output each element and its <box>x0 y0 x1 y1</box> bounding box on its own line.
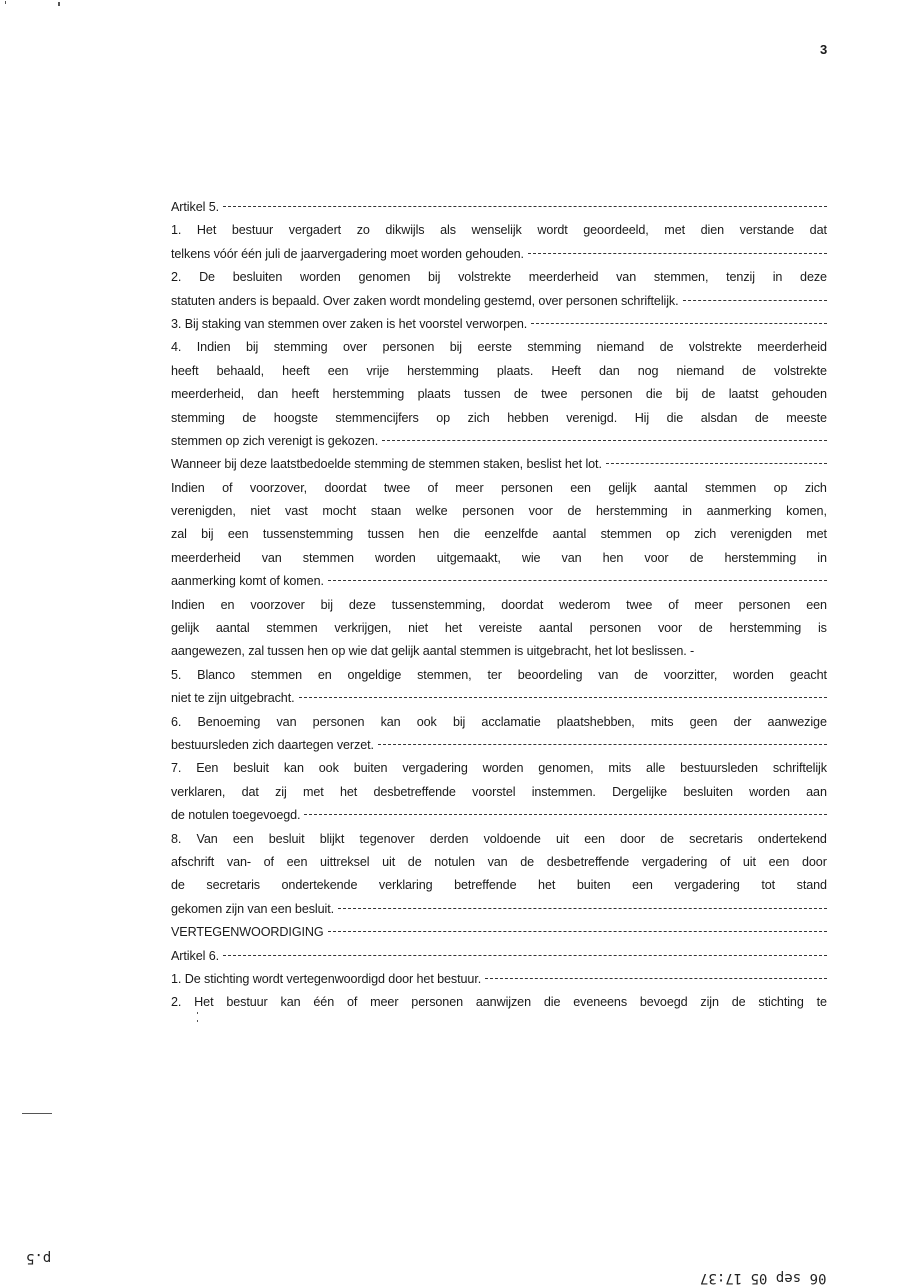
scan-speck <box>197 1020 198 1022</box>
document-line: 1. De stichting wordt vertegenwoordigd d… <box>171 968 827 991</box>
document-line: 2.Hetbestuurkanéénofmeerpersonenaanwijze… <box>171 991 827 1014</box>
document-line: verenigden,nietvastmochtstaanwelkeperson… <box>171 500 827 523</box>
document-line: stemmingdehoogstestemmencijfersopzichheb… <box>171 407 827 430</box>
line-text: gekomen zijn van een besluit. <box>171 898 334 921</box>
document-line: stemmen op zich verenigt is gekozen. <box>171 430 827 453</box>
document-line: 8.Vaneenbesluitblijkttegenoverderdenvold… <box>171 828 827 851</box>
line-text: aangewezen, zal tussen hen op wie dat ge… <box>171 640 694 663</box>
document-line: bestuursleden zich daartegen verzet. <box>171 734 827 757</box>
document-line: desecretarisondertekendeverklaringbetref… <box>171 874 827 897</box>
document-line: heeftbehaald,heefteenvrijeherstemmingpla… <box>171 360 827 383</box>
document-line: meerderheid,danheeftherstemmingplaatstus… <box>171 383 827 406</box>
fill-dash-line <box>485 978 827 979</box>
document-line: statuten anders is bepaald. Over zaken w… <box>171 290 827 313</box>
fill-dash-line <box>606 463 827 464</box>
fax-timestamp: 06 sep 05 17:37 <box>700 1270 826 1286</box>
document-line: meerderheidvanstemmenwordenuitgemaakt,wi… <box>171 547 827 570</box>
document-body: Artikel 5.1.Hetbestuurvergadertzodikwijl… <box>171 196 827 1015</box>
line-text: 3. Bij staking van stemmen over zaken is… <box>171 313 527 336</box>
document-line: de notulen toegevoegd. <box>171 804 827 827</box>
document-line: aangewezen, zal tussen hen op wie dat ge… <box>171 640 827 663</box>
document-line: zalbijeentussenstemmingtussenhendieeenze… <box>171 523 827 546</box>
line-text: Artikel 5. <box>171 196 219 219</box>
fill-dash-line <box>304 814 827 815</box>
document-line: Artikel 5. <box>171 196 827 219</box>
document-line: gelijkaantalstemmenverkrijgen,niethetver… <box>171 617 827 640</box>
fill-dash-line <box>223 206 827 207</box>
document-line: 3. Bij staking van stemmen over zaken is… <box>171 313 827 336</box>
document-line: telkens vóór één juli de jaarvergadering… <box>171 243 827 266</box>
scan-speck <box>58 2 60 6</box>
document-line: 1.Hetbestuurvergadertzodikwijlsalswensel… <box>171 219 827 242</box>
line-text: statuten anders is bepaald. Over zaken w… <box>171 290 679 313</box>
document-line: gekomen zijn van een besluit. <box>171 898 827 921</box>
line-text: telkens vóór één juli de jaarvergadering… <box>171 243 524 266</box>
document-line: 2.Debesluitenwordengenomenbijvolstrektem… <box>171 266 827 289</box>
fill-dash-line <box>338 908 827 909</box>
fill-dash-line <box>531 323 827 324</box>
line-text: Artikel 6. <box>171 945 219 968</box>
line-text: niet te zijn uitgebracht. <box>171 687 295 710</box>
page-number: 3 <box>820 42 827 57</box>
fill-dash-line <box>223 955 827 956</box>
document-line: Indienofvoorzover,doordattweeofmeerperso… <box>171 477 827 500</box>
document-line: VERTEGENWOORDIGING <box>171 921 827 944</box>
fill-dash-line <box>382 440 827 441</box>
fill-dash-line <box>328 931 827 932</box>
line-text: VERTEGENWOORDIGING <box>171 921 324 944</box>
fill-dash-line <box>378 744 827 745</box>
line-text: stemmen op zich verenigt is gekozen. <box>171 430 378 453</box>
fill-dash-line <box>328 580 827 581</box>
line-text: de notulen toegevoegd. <box>171 804 300 827</box>
document-line: Indienenvoorzoverbijdezetussenstemming,d… <box>171 594 827 617</box>
fill-dash-line <box>683 300 827 301</box>
fill-dash-line <box>299 697 827 698</box>
scan-speck <box>5 1 6 4</box>
document-line: aanmerking komt of komen. <box>171 570 827 593</box>
scan-speck <box>197 1012 198 1014</box>
document-line: afschriftvan-ofeenuittrekseluitdenotulen… <box>171 851 827 874</box>
document-line: 4.Indienbijstemmingoverpersonenbijeerste… <box>171 336 827 359</box>
document-line: 7.Eenbesluitkanookbuitenvergaderingworde… <box>171 757 827 780</box>
scan-speck <box>22 1113 52 1114</box>
fill-dash-line <box>528 253 827 254</box>
document-line: niet te zijn uitgebracht. <box>171 687 827 710</box>
document-line: verklaren,datzijmethetdesbetreffendevoor… <box>171 781 827 804</box>
document-line: 5.Blancostemmenenongeldigestemmen,terbeo… <box>171 664 827 687</box>
line-text: aanmerking komt of komen. <box>171 570 324 593</box>
document-line: Artikel 6. <box>171 945 827 968</box>
document-line: 6.Benoemingvanpersonenkanookbijacclamati… <box>171 711 827 734</box>
fax-page-label: p.5 <box>26 1250 51 1266</box>
document-line: Wanneer bij deze laatstbedoelde stemming… <box>171 453 827 476</box>
line-text: Wanneer bij deze laatstbedoelde stemming… <box>171 453 602 476</box>
line-text: bestuursleden zich daartegen verzet. <box>171 734 374 757</box>
line-text: 1. De stichting wordt vertegenwoordigd d… <box>171 968 481 991</box>
